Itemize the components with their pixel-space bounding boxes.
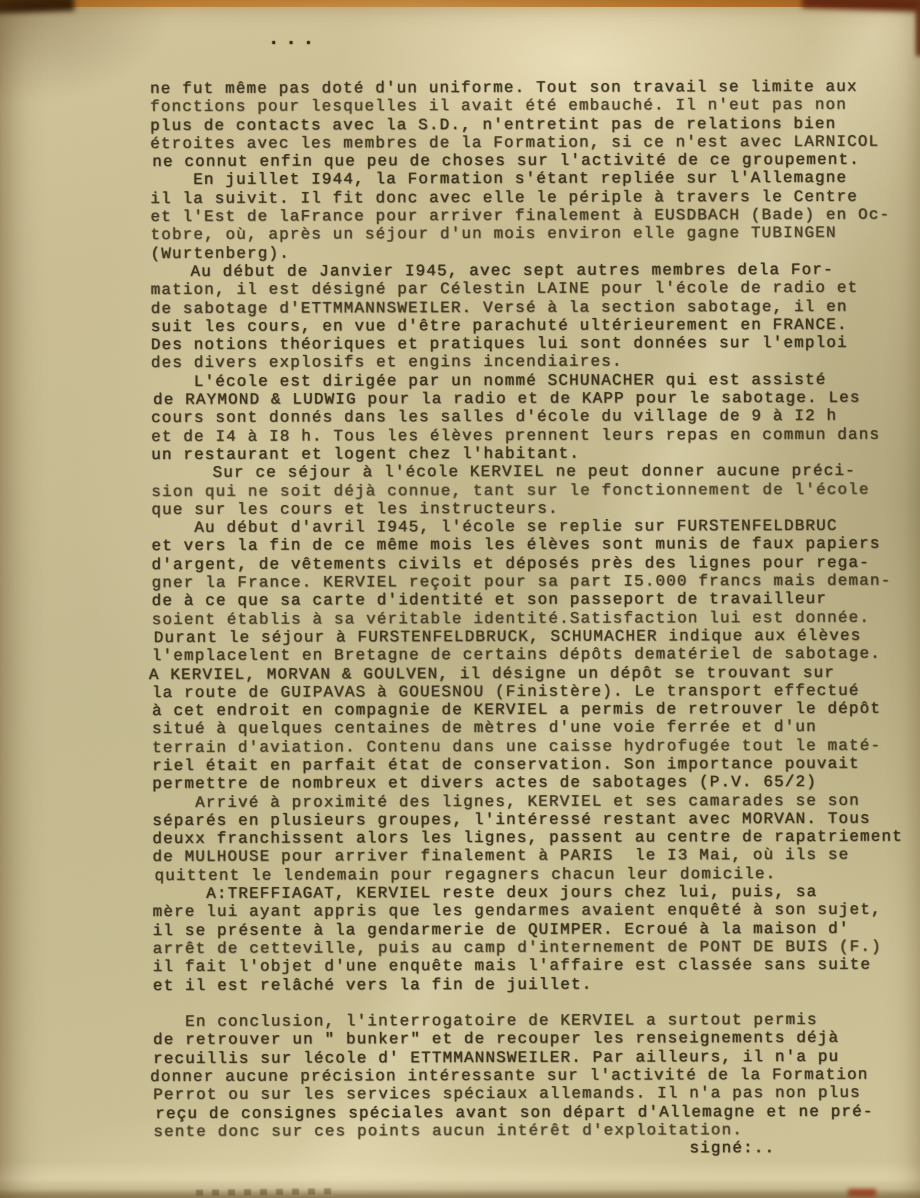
text-line: sion qui ne soit déjà connue, tant sur l… — [151, 480, 920, 501]
text-line: situé à quelques centaines de mètres d'u… — [152, 718, 920, 739]
text-line: terrain d'aviation. Contenu dans une cai… — [152, 736, 920, 757]
text-line: Perrot ou sur les services spéciaux alle… — [153, 1084, 920, 1105]
text-line: et de I4 à I8 h. Tous les élèves prennen… — [151, 425, 920, 446]
text-line: mère lui ayant appris que les gendarmes … — [153, 901, 920, 922]
text-line: riel était en parfait état de conservati… — [152, 755, 920, 776]
text-line: Sur ce séjour à l'école KERVIEL ne peut … — [148, 462, 920, 483]
text-line: soient établis à sa véritable identité.S… — [152, 608, 920, 629]
bottom-red-stain — [848, 1189, 876, 1197]
text-line: l'emplacelent en Bretagne de certains dé… — [152, 645, 920, 666]
text-line: de à ce que sa carte d'identité et son p… — [152, 590, 920, 611]
text-line: A KERVIEL, MORVAN & GOULVEN, il désigne … — [149, 663, 920, 684]
photo-corner-top-right — [802, 0, 920, 12]
text-line: de MULHOUSE pour arriver finalement à PA… — [152, 846, 920, 867]
text-line: il se présente à la gendarmerie de QUIMP… — [153, 919, 920, 940]
text-line: étroites avec les membres de la Formatio… — [150, 132, 920, 153]
text-line: En juillet I944, la Formation s'étant re… — [150, 169, 920, 190]
text-line: permettre de nombreux et divers actes de… — [152, 773, 920, 794]
text-line: des divers explosifs et engins incendiai… — [151, 352, 920, 373]
text-line: la route de GUIPAVAS à GOUESNOU (Finistè… — [152, 681, 920, 702]
text-line: (Wurtenberg). — [151, 242, 920, 263]
photo-right-edge-shadow — [916, 4, 920, 56]
typewritten-document-page: ... ne fut même pas doté d'un uniforme. … — [0, 0, 920, 1198]
text-line: sente donc sur ces points aucun intérêt … — [153, 1120, 920, 1141]
text-line: de sabotage d'ETTMMANNSWEILER. Versé à l… — [151, 297, 920, 318]
photo-top-edge — [0, 0, 920, 7]
photo-corner-top-left — [0, 0, 74, 13]
text-line: et il est relâché vers la fin de juillet… — [153, 974, 920, 995]
text-line: Des notions théoriques et pratiques lui … — [151, 334, 920, 355]
text-line: fonctions pour lesquelles il avait été e… — [150, 96, 920, 117]
typewritten-text-block: ne fut même pas doté d'un uniforme. Tout… — [150, 78, 920, 1160]
page-bottom-light-band — [0, 1162, 920, 1192]
text-line: L'école est dirigée par un nommé SCHUNAC… — [151, 370, 920, 391]
text-line: il fait l'objet d'une enquête mais l'aff… — [153, 956, 920, 977]
ellipsis-mark: ... — [268, 28, 320, 50]
text-line: cours sont donnés dans les salles d'écol… — [151, 407, 920, 428]
text-line: signé:.. — [153, 1139, 920, 1160]
text-line: quittent le lendemain pour regagners cha… — [154, 864, 920, 885]
text-line: ne connut enfin que peu de choses sur l'… — [152, 151, 920, 172]
text-line: Au début d'avril I945, l'école se replie… — [151, 517, 920, 538]
text-line: d'argent, de vêtements civils et déposés… — [151, 553, 920, 574]
page-bottom-edge — [0, 1189, 920, 1198]
text-line: de retrouver un " bunker" et de recouper… — [153, 1029, 920, 1050]
text-line: reçu de consignes spéciales avant son dé… — [155, 1102, 920, 1123]
text-line: recuillis sur lécole d' ETTMMANNSWEILER.… — [153, 1047, 920, 1068]
text-line: un restaurant et logent chez l'habitant. — [151, 444, 920, 465]
text-line: plus de contacts avec la S.D., n'entreti… — [150, 114, 920, 135]
text-line: Arrivé à proximité des lignes, KERVIEL e… — [152, 791, 920, 812]
text-line: et vers la fin de ce même mois les élève… — [151, 535, 920, 556]
text-line: mation, il est désigné par Célestin LAIN… — [151, 279, 920, 300]
text-line: gner la France. KERVIEL reçoit pour sa p… — [152, 572, 920, 593]
text-line: tobre, où, après un séjour d'un mois env… — [150, 224, 920, 245]
